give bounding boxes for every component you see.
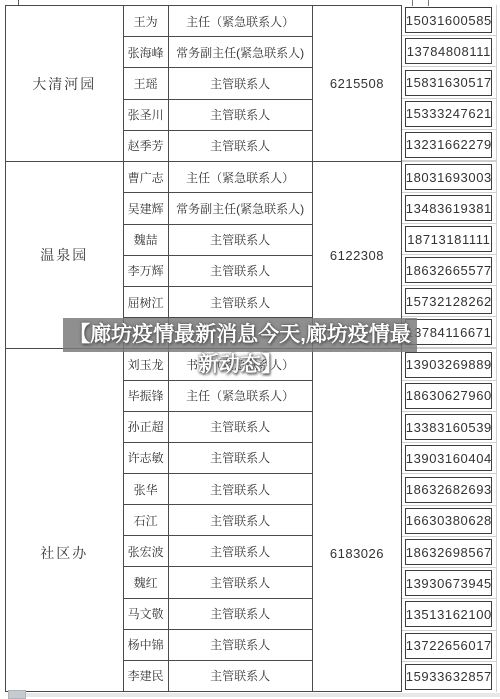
phone-row: 18713181111 <box>402 224 496 255</box>
member-role-cell-text: 主管联系人 <box>210 512 270 529</box>
phone-number-box-text: 13903269889 <box>406 357 492 372</box>
member-name-cell: 孙正超 <box>124 412 169 442</box>
member-name-cell-text: 屈树江 <box>128 294 164 311</box>
phone-row: 15831630517 <box>402 67 496 98</box>
member-name-cell-text: 张华 <box>134 481 158 498</box>
member-name-cell-text: 魏喆 <box>134 231 158 248</box>
phone-number-box: 15333247621 <box>405 101 492 127</box>
member-role-cell: 主管联系人 <box>169 630 313 660</box>
member-role-cell: 主管联系人 <box>169 599 313 629</box>
member-role-cell: 主管联系人 <box>169 505 313 535</box>
member-row: 李万辉主管联系人 <box>124 256 313 287</box>
group-cell-text: 社区办 <box>40 543 88 563</box>
phone-row: 18031693003 <box>402 162 496 193</box>
phone-row: 15333247621 <box>402 99 496 130</box>
member-name-cell-text: 吴建辉 <box>128 200 164 217</box>
member-name-cell: 赵季芳 <box>124 131 169 161</box>
phone-number-box: 18630627960 <box>405 383 492 409</box>
phone-number-box-text: 15933632857 <box>406 669 492 684</box>
member-row: 杨中锦主管联系人 <box>124 630 313 661</box>
member-role-cell-text: 主任（紧急联系人） <box>186 387 294 404</box>
member-role-cell: 主管联系人 <box>169 443 313 473</box>
member-name-cell: 屈树江 <box>124 287 169 317</box>
phone-number-box: 18632698567 <box>405 539 492 565</box>
phone-number-box-text: 18632682693 <box>406 482 492 497</box>
member-role-cell-text: 主管联系人 <box>210 106 270 123</box>
member-name-cell-text: 杨中锦 <box>128 636 164 653</box>
member-row: 马文敬主管联系人 <box>124 599 313 630</box>
member-row: 张华主管联系人 <box>124 474 313 505</box>
screenshot-canvas: 大清河园王为主任（紧急联系人）张海峰常务副主任(紧急联系人)王瑶主管联系人张圣川… <box>0 0 500 699</box>
member-name-cell: 张海峰 <box>124 37 169 67</box>
phones-column: 1503160058513784808111158316305171533324… <box>402 5 497 161</box>
phone-number-box-text: 15333247621 <box>406 106 492 121</box>
phone-number-box: 13513162100 <box>405 601 492 627</box>
member-role-cell: 常务副主任(紧急联系人) <box>169 193 313 223</box>
phone-row: 18632698567 <box>402 537 496 568</box>
member-name-cell: 李建民 <box>124 661 169 691</box>
phone-number-box-text: 13784116671 <box>406 325 491 340</box>
phone-number-box: 15831630517 <box>405 70 492 96</box>
member-name-cell: 杨中锦 <box>124 630 169 660</box>
member-role-cell-text: 主管联系人 <box>210 262 270 279</box>
top-edge-fragment <box>18 0 19 5</box>
member-name-cell-text: 毕振锋 <box>128 387 164 404</box>
member-name-cell-text: 李万辉 <box>128 262 164 279</box>
member-role-cell-text: 主管联系人 <box>210 543 270 560</box>
member-role-cell: 常务副主任(紧急联系人) <box>169 37 313 67</box>
phone-number-box: 13903160404 <box>405 445 492 471</box>
member-row: 王瑶主管联系人 <box>124 68 313 99</box>
shared-phone-cell-text: 6122308 <box>330 248 384 263</box>
page-bottom-corner <box>8 690 26 699</box>
phone-number-box: 18713181111 <box>405 226 492 252</box>
member-row: 许志敏主管联系人 <box>124 443 313 474</box>
phone-number-box-text: 18630627960 <box>406 388 492 403</box>
phone-row: 18630627960 <box>402 381 496 412</box>
member-row: 吴建辉常务副主任(紧急联系人) <box>124 193 313 224</box>
phone-row: 18632665577 <box>402 255 496 286</box>
phone-number-box: 13903269889 <box>405 352 492 378</box>
member-name-cell-text: 王瑶 <box>134 75 158 92</box>
member-name-cell-text: 孙正超 <box>128 418 164 435</box>
member-name-cell: 张宏波 <box>124 536 169 566</box>
phone-number-box: 13483619381 <box>405 195 492 221</box>
phone-row: 15031600585 <box>402 5 496 36</box>
phone-number-box: 18031693003 <box>405 164 492 190</box>
member-role-cell: 主管联系人 <box>169 474 313 504</box>
phone-number-box-text: 18632698567 <box>406 545 492 560</box>
phone-number-box-text: 13383160539 <box>406 420 492 435</box>
member-row: 石江主管联系人 <box>124 505 313 536</box>
phone-row: 16630380628 <box>402 506 496 537</box>
phone-row: 13903269889 <box>402 349 496 380</box>
member-name-cell-text: 张海峰 <box>128 44 164 61</box>
shared-phone-cell: 6183026 <box>313 348 403 692</box>
member-role-cell: 主管联系人 <box>169 100 313 130</box>
member-name-cell: 石江 <box>124 505 169 535</box>
member-row: 魏喆主管联系人 <box>124 225 313 256</box>
section-row: 大清河园王为主任（紧急联系人）张海峰常务副主任(紧急联系人)王瑶主管联系人张圣川… <box>6 5 497 161</box>
section-row: 社区办刘玉龙书记（紧急联系人）毕振锋主任（紧急联系人）孙正超主管联系人许志敏主管… <box>6 348 497 692</box>
member-row: 李建民主管联系人 <box>124 661 313 691</box>
member-name-cell: 魏红 <box>124 567 169 597</box>
member-role-cell: 主管联系人 <box>169 131 313 161</box>
phone-number-box-text: 13513162100 <box>406 607 492 622</box>
member-name-cell: 王瑶 <box>124 68 169 98</box>
phone-row: 13930673945 <box>402 568 496 599</box>
phone-number-box-text: 13930673945 <box>406 576 492 591</box>
member-name-cell: 张圣川 <box>124 100 169 130</box>
shared-phone-cell: 6215508 <box>313 5 403 161</box>
phone-number-box-text: 13231662279 <box>406 137 492 152</box>
phone-row: 13383160539 <box>402 412 496 443</box>
phone-row: 13231662279 <box>402 130 496 161</box>
members-column: 王为主任（紧急联系人）张海峰常务副主任(紧急联系人)王瑶主管联系人张圣川主管联系… <box>124 5 313 161</box>
phone-number-box-text: 15031600585 <box>406 13 492 28</box>
page-bottom-band <box>8 693 500 697</box>
member-name-cell: 魏喆 <box>124 225 169 255</box>
phone-number-box: 13383160539 <box>405 414 492 440</box>
phone-row: 13483619381 <box>402 193 496 224</box>
member-name-cell: 曹广志 <box>124 162 169 192</box>
member-role-cell-text: 主管联系人 <box>210 574 270 591</box>
member-name-cell-text: 石江 <box>134 512 158 529</box>
member-name-cell-text: 曹广志 <box>128 169 164 186</box>
member-role-cell: 主管联系人 <box>169 256 313 286</box>
phone-number-box-text: 18632665577 <box>406 263 492 278</box>
phone-number-box: 18632682693 <box>405 477 492 503</box>
group-cell: 大清河园 <box>6 5 124 161</box>
member-name-cell: 吴建辉 <box>124 193 169 223</box>
group-cell-text: 温泉园 <box>40 245 88 265</box>
phone-number-box: 13784116671 <box>405 319 492 345</box>
member-role-cell-text: 主管联系人 <box>210 231 270 248</box>
member-name-cell: 李万辉 <box>124 256 169 286</box>
member-role-cell-text: 主管联系人 <box>210 75 270 92</box>
member-role-cell-text: 主管联系人 <box>210 605 270 622</box>
member-name-cell: 毕振锋 <box>124 381 169 411</box>
member-name-cell-text: 刘玉龙 <box>128 356 164 373</box>
phone-number-box: 13784808111 <box>405 38 492 64</box>
member-role-cell-text: 主管联系人 <box>210 481 270 498</box>
member-name-cell-text: 王为 <box>134 13 158 30</box>
group-cell-text: 大清河园 <box>32 74 96 94</box>
phones-column: 1390326988918630627960133831605391390316… <box>402 348 497 692</box>
member-name-cell-text: 张宏波 <box>128 543 164 560</box>
member-row: 张圣川主管联系人 <box>124 100 313 131</box>
member-row: 毕振锋主任（紧急联系人） <box>124 381 313 412</box>
member-role-cell: 主管联系人 <box>169 225 313 255</box>
member-row: 赵季芳主管联系人 <box>124 131 313 161</box>
member-name-cell: 许志敏 <box>124 443 169 473</box>
shared-phone-cell-text: 6215508 <box>330 76 384 91</box>
member-name-cell-text: 李建民 <box>128 667 164 684</box>
member-role-cell: 主任（紧急联系人） <box>169 162 313 192</box>
member-name-cell-text: 马文敬 <box>128 605 164 622</box>
member-role-cell: 主管联系人 <box>169 68 313 98</box>
member-role-cell-text: 常务副主任(紧急联系人) <box>176 44 304 61</box>
phone-number-box-text: 13903160404 <box>406 451 492 466</box>
phone-number-box: 13722656017 <box>405 633 492 659</box>
member-row: 王为主任（紧急联系人） <box>124 6 313 37</box>
phone-number-box-text: 18031693003 <box>406 170 492 185</box>
member-name-cell-text: 许志敏 <box>128 449 164 466</box>
phone-number-box-text: 18713181111 <box>407 232 490 247</box>
group-cell: 社区办 <box>6 348 124 692</box>
member-name-cell-text: 张圣川 <box>128 106 164 123</box>
member-name-cell-text: 赵季芳 <box>128 137 164 154</box>
top-edge-fragment <box>412 0 413 6</box>
member-row: 刘玉龙书记（紧急联系人） <box>124 349 313 380</box>
member-role-cell: 主管联系人 <box>169 661 313 691</box>
member-row: 张宏波主管联系人 <box>124 536 313 567</box>
phone-row: 15732128262 <box>402 286 496 317</box>
member-role-cell-text: 主管联系人 <box>210 667 270 684</box>
member-role-cell: 主管联系人 <box>169 412 313 442</box>
phone-number-box-text: 16630380628 <box>406 513 492 528</box>
phone-number-box: 15933632857 <box>405 664 492 690</box>
phone-row: 13513162100 <box>402 599 496 630</box>
member-role-cell: 主管联系人 <box>169 287 313 317</box>
member-role-cell-text: 常务副主任(紧急联系人) <box>176 200 304 217</box>
member-name-cell: 王为 <box>124 6 169 36</box>
member-row: 屈树江主管联系人 <box>124 287 313 318</box>
member-row: 张海峰常务副主任(紧急联系人) <box>124 37 313 68</box>
member-role-cell: 书记（紧急联系人） <box>169 349 313 379</box>
member-name-cell: 刘玉龙 <box>124 349 169 379</box>
phone-row: 15933632857 <box>402 662 496 692</box>
member-name-cell-text: 魏红 <box>134 574 158 591</box>
member-row: 曹广志主任（紧急联系人） <box>124 162 313 193</box>
member-name-cell: 张华 <box>124 474 169 504</box>
member-role-cell: 主管联系人 <box>169 567 313 597</box>
phone-number-box: 18632665577 <box>405 257 492 283</box>
phone-number-box: 13930673945 <box>405 570 492 596</box>
member-role-cell: 主管联系人 <box>169 536 313 566</box>
phone-row: 13722656017 <box>402 631 496 662</box>
member-role-cell-text: 主管联系人 <box>210 294 270 311</box>
headline-overlay-band <box>63 318 417 352</box>
phone-number-box-text: 15732128262 <box>406 294 492 309</box>
shared-phone-cell-text: 6183026 <box>330 546 384 561</box>
member-role-cell-text: 主管联系人 <box>210 636 270 653</box>
member-role-cell-text: 书记（紧急联系人） <box>186 356 294 373</box>
phone-number-box: 13231662279 <box>405 132 492 158</box>
phone-row: 13903160404 <box>402 443 496 474</box>
phone-number-box-text: 13483619381 <box>406 201 492 216</box>
phone-number-box-text: 13784808111 <box>407 44 491 59</box>
member-role-cell: 主任（紧急联系人） <box>169 6 313 36</box>
member-row: 孙正超主管联系人 <box>124 412 313 443</box>
member-row: 魏红主管联系人 <box>124 567 313 598</box>
phone-row: 13784808111 <box>402 36 496 67</box>
member-role-cell-text: 主管联系人 <box>210 418 270 435</box>
member-role-cell-text: 主任（紧急联系人） <box>186 13 294 30</box>
phone-row: 18632682693 <box>402 474 496 505</box>
phone-number-box: 15732128262 <box>405 288 492 314</box>
member-role-cell-text: 主管联系人 <box>210 137 270 154</box>
member-role-cell-text: 主任（紧急联系人） <box>186 169 294 186</box>
top-edge-fragment <box>428 0 429 6</box>
member-role-cell-text: 主管联系人 <box>210 449 270 466</box>
phone-number-box: 16630380628 <box>405 508 492 534</box>
phone-number-box-text: 13722656017 <box>406 638 492 653</box>
member-name-cell: 马文敬 <box>124 599 169 629</box>
phone-number-box-text: 15831630517 <box>406 75 492 90</box>
phone-number-box: 15031600585 <box>405 7 492 33</box>
members-column: 刘玉龙书记（紧急联系人）毕振锋主任（紧急联系人）孙正超主管联系人许志敏主管联系人… <box>124 348 313 692</box>
member-role-cell: 主任（紧急联系人） <box>169 381 313 411</box>
